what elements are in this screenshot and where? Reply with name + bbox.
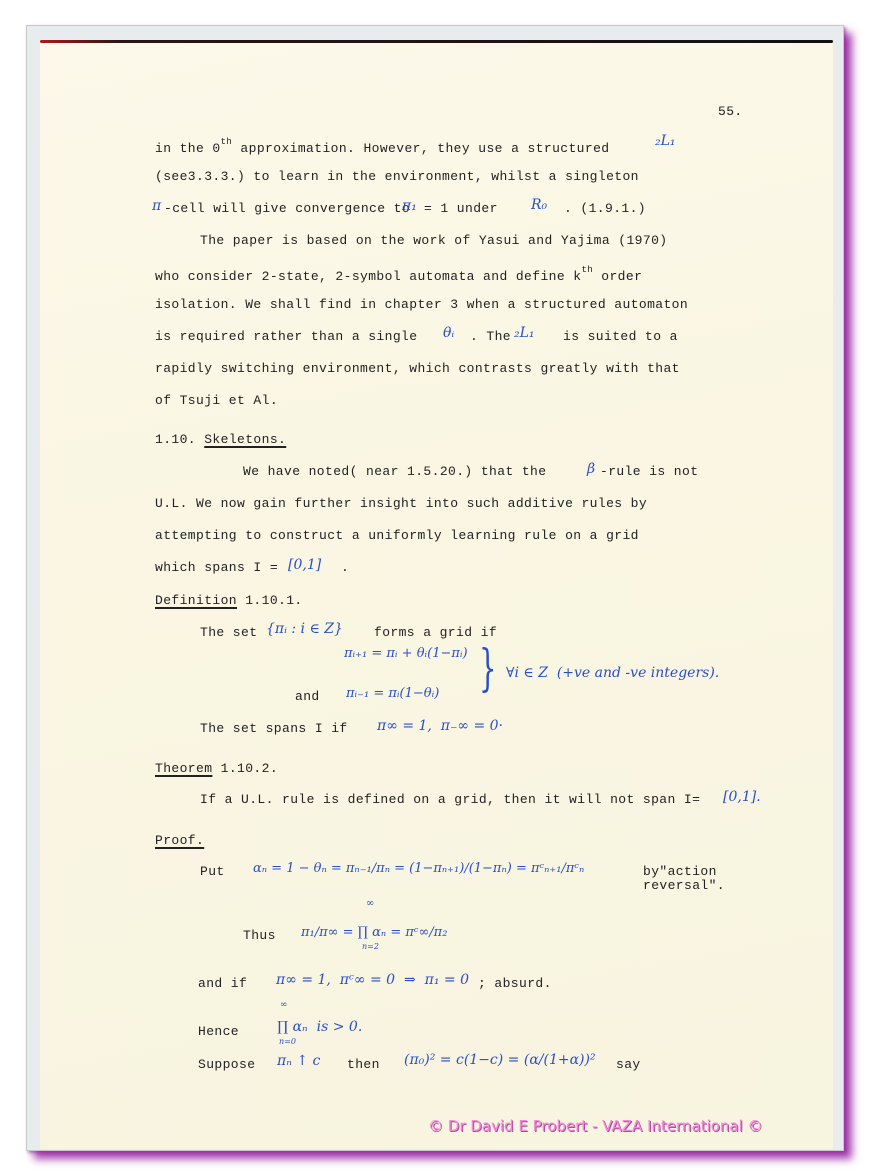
proof-heading: Proof. (155, 833, 204, 848)
proof-suppose: Suppose (198, 1057, 255, 1072)
handwritten-andif: π∞ = 1, πᶜ∞ = 0 ⇒ π₁ = 0 (276, 972, 469, 988)
handwritten-interval: [0,1] (288, 557, 321, 573)
handwritten-prod-bottom: n=0 (279, 1037, 296, 1046)
handwritten-alpha-def: αₙ = 1 − θₙ = πₙ₋₁/πₙ = (1−πₙ₊₁)/(1−πₙ) … (253, 861, 584, 876)
superscript: th (581, 265, 593, 275)
handwritten-pi1: π₁ (402, 198, 417, 214)
p2-line4-b: . The (470, 329, 511, 344)
handwritten-hence: ∏ αₙ is > 0. (277, 1019, 362, 1035)
p2-line3: isolation. We shall find in chapter 3 wh… (155, 297, 688, 312)
handwritten-prod-bottom: n=2 (362, 942, 379, 951)
s-line1-a: We have noted( near 1.5.20.) that the (243, 464, 546, 479)
handwritten-forall: ∀i ∈ Z (+ve and -ve integers). (506, 665, 719, 681)
brace: } (479, 643, 496, 693)
theorem-number: 1.10.2. (221, 761, 278, 776)
theorem-heading: Theorem 1.10.2. (155, 761, 278, 776)
section-heading: 1.10. Skeletons. (155, 432, 286, 447)
p1-line3-a: -cell will give convergence to (164, 201, 410, 216)
handwritten-suppose: πₙ ↑ c (277, 1053, 320, 1069)
s-line2: U.L. We now gain further insight into su… (155, 496, 647, 511)
s-line3: attempting to construct a uniformly lear… (155, 528, 639, 543)
text: who consider 2-state, 2-symbol automata … (155, 269, 581, 284)
theorem-statement: If a U.L. rule is defined on a grid, the… (200, 792, 700, 807)
s-line4-b: . (341, 560, 349, 575)
copyright-watermark: © Dr David E Probert - VAZA Internationa… (428, 1117, 763, 1135)
text: approximation. However, they use a struc… (232, 141, 609, 156)
handwritten-set: {πᵢ : i ∈ Z} (266, 621, 343, 637)
s-line4-a: which spans I = (155, 560, 278, 575)
def-line1-b: forms a grid if (374, 625, 497, 640)
proof-absurd: ; absurd. (478, 976, 552, 991)
handwritten-theta-i: θᵢ (443, 325, 454, 341)
handwritten-then: (π₀)² = c(1−c) = (α/(1+α))² (404, 1052, 596, 1068)
def-line1-a: The set (200, 625, 257, 640)
p2-line5: rapidly switching environment, which con… (155, 361, 680, 376)
s-line1-b: -rule is not (600, 464, 698, 479)
theorem-label: Theorem (155, 761, 212, 776)
proof-put: Put (200, 864, 225, 879)
definition-label: Definition (155, 593, 237, 608)
handwritten-R0: R₀ (531, 197, 547, 213)
handwritten-eq2: πᵢ₋₁ = πᵢ(1−θᵢ) (346, 686, 439, 701)
proof-hence: Hence (198, 1024, 239, 1039)
p1-line3-b: = 1 under (424, 201, 498, 216)
handwritten-prod-top: ∞ (366, 898, 374, 909)
p2-line2: who consider 2-state, 2-symbol automata … (155, 265, 642, 284)
proof-label: Proof. (155, 833, 204, 848)
handwritten-eq1: πᵢ₊₁ = πᵢ + θᵢ(1−πᵢ) (344, 646, 468, 661)
text: in the 0 (155, 141, 221, 156)
p2-line4-a: is required rather than a single (155, 329, 417, 344)
handwritten-2L1: ₂L₁ (655, 133, 676, 149)
handwritten-interval: [0,1]. (723, 789, 761, 805)
handwritten-spans: π∞ = 1, π₋∞ = 0· (377, 718, 503, 734)
handwritten-2L1: ₂L₁ (514, 325, 535, 341)
proof-note-1: by"action (643, 864, 717, 879)
handwritten-beta: β (587, 461, 595, 477)
def-spans-a: The set spans I if (200, 721, 348, 736)
handwritten-thus: π₁/π∞ = ∏ αₙ = πᶜ∞/π₂ (301, 925, 447, 940)
definition-heading: Definition 1.10.1. (155, 593, 303, 608)
p1-line2: (see3.3.3.) to learn in the environment,… (155, 169, 639, 184)
handwritten-prod-top: ∞ (280, 1000, 288, 1010)
p2-line1: The paper is based on the work of Yasui … (200, 233, 667, 248)
definition-number: 1.10.1. (245, 593, 302, 608)
proof-note-2: reversal". (643, 878, 725, 893)
page-number: 55. (718, 104, 743, 119)
proof-say: say (616, 1057, 641, 1072)
proof-thus: Thus (243, 928, 276, 943)
handwritten-pi: π (152, 198, 161, 214)
p2-line4-c: is suited to a (563, 329, 678, 344)
text: order (593, 269, 642, 284)
p2-line6: of Tsuji et Al. (155, 393, 278, 408)
superscript: th (221, 137, 233, 147)
def-and: and (295, 689, 320, 704)
proof-andif: and if (198, 976, 247, 991)
proof-then: then (347, 1057, 380, 1072)
page-top-edge (40, 40, 833, 43)
p1-line3-c: . (1.9.1.) (564, 201, 646, 216)
section-number: 1.10. (155, 432, 196, 447)
section-title: Skeletons. (204, 432, 286, 447)
p1-line1: in the 0th approximation. However, they … (155, 137, 610, 156)
